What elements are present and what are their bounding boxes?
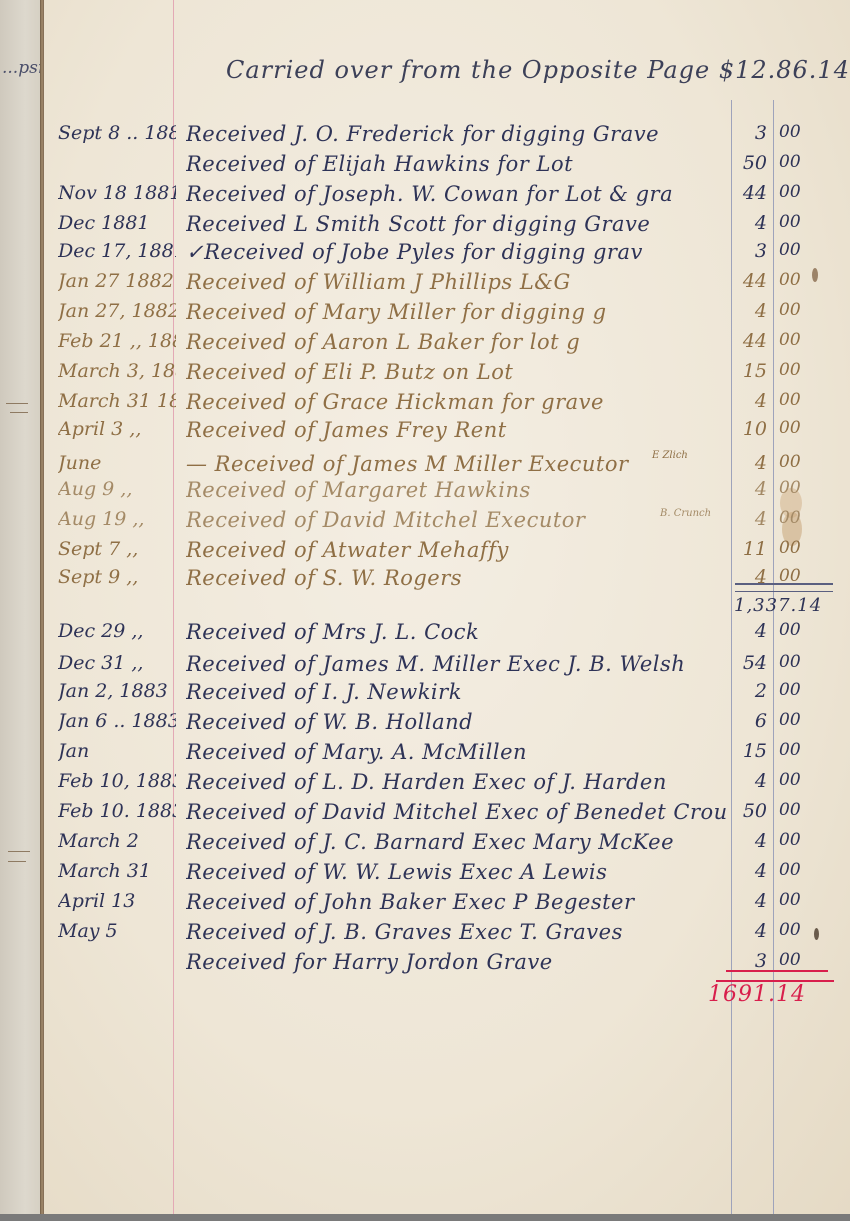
ledger-row: March 31 1882Received of Grace Hickman f… bbox=[0, 390, 850, 420]
entry-description: Received of David Mitchel Exec of Benede… bbox=[186, 800, 728, 824]
ledger-row: Dec 31 ,,Received of James M. Miller Exe… bbox=[0, 652, 850, 682]
entry-date: Feb 21 ,, 1882 bbox=[58, 330, 176, 352]
entry-date: May 5 bbox=[58, 920, 176, 942]
entry-cents: 00 bbox=[779, 478, 811, 498]
entry-description: Received of W. B. Holland bbox=[186, 710, 728, 734]
entry-superscript-note: B. Crunch bbox=[660, 508, 711, 519]
entry-dollars: 4 bbox=[733, 830, 767, 852]
ledger-row: Jan 27 1882Received of William J Phillip… bbox=[0, 270, 850, 300]
ledger-row: Sept 9 ,,Received of S. W. Rogers400 bbox=[0, 566, 850, 596]
entry-dollars: 4 bbox=[733, 478, 767, 500]
entry-cents: 00 bbox=[779, 418, 811, 438]
entry-cents: 00 bbox=[779, 152, 811, 172]
ledger-row: Aug 19 ,,Received of David Mitchel Execu… bbox=[0, 508, 850, 538]
entry-date: Feb 10. 1883 bbox=[58, 800, 176, 822]
entry-description: Received of John Baker Exec P Begester bbox=[186, 890, 728, 914]
ledger-row: Nov 18 1881Received of Joseph. W. Cowan … bbox=[0, 182, 850, 212]
entry-description: Received of Aaron L Baker for lot g bbox=[186, 330, 728, 354]
entry-cents: 00 bbox=[779, 452, 811, 472]
ledger-row: Aug 9 ,,Received of Margaret Hawkins400 bbox=[0, 478, 850, 508]
entry-date: Dec 17, 1881 bbox=[58, 240, 176, 262]
entry-dollars: 15 bbox=[733, 740, 767, 762]
subtotal-rule bbox=[735, 583, 833, 585]
entry-dollars: 3 bbox=[733, 122, 767, 144]
entry-dollars: 4 bbox=[733, 890, 767, 912]
ledger-row: May 5Received of J. B. Graves Exec T. Gr… bbox=[0, 920, 850, 950]
entry-date: March 31 bbox=[58, 860, 176, 882]
entry-description: Received of W. W. Lewis Exec A Lewis bbox=[186, 860, 728, 884]
entry-cents: 00 bbox=[779, 890, 811, 910]
entry-dollars: 15 bbox=[733, 360, 767, 382]
entry-dollars: 10 bbox=[733, 418, 767, 440]
entry-dollars: 44 bbox=[733, 182, 767, 204]
entry-date: March 2 bbox=[58, 830, 176, 852]
entry-date: Aug 19 ,, bbox=[58, 508, 176, 530]
ledger-row: April 13Received of John Baker Exec P Be… bbox=[0, 890, 850, 920]
entry-description: Received of Mary. A. McMillen bbox=[186, 740, 728, 764]
entry-date: March 31 1882 bbox=[58, 390, 176, 412]
entry-cents: 00 bbox=[779, 330, 811, 350]
entry-dollars: 4 bbox=[733, 770, 767, 792]
entry-dollars: 2 bbox=[733, 680, 767, 702]
entry-description: ✓Received of Jobe Pyles for digging grav bbox=[186, 240, 728, 264]
entry-description: Received of Grace Hickman for grave bbox=[186, 390, 728, 414]
entry-description: Received for Harry Jordon Grave bbox=[186, 950, 728, 974]
entry-dollars: 4 bbox=[733, 620, 767, 642]
entry-dollars: 3 bbox=[733, 950, 767, 972]
grand-total-amount: 1691.14 bbox=[708, 982, 806, 1007]
entry-date: June bbox=[58, 452, 176, 474]
entry-cents: 00 bbox=[779, 300, 811, 320]
entry-cents: 00 bbox=[779, 652, 811, 672]
entry-cents: 00 bbox=[779, 860, 811, 880]
entry-description: Received J. O. Frederick for digging Gra… bbox=[186, 122, 728, 146]
entry-date: Dec 31 ,, bbox=[58, 652, 176, 674]
entry-cents: 00 bbox=[779, 830, 811, 850]
subtotal-amount: 1,337.14 bbox=[734, 595, 822, 616]
entry-date: April 3 ,, bbox=[58, 418, 176, 440]
entry-description: Received L Smith Scott for digging Grave bbox=[186, 212, 728, 236]
entry-cents: 00 bbox=[779, 620, 811, 640]
entry-dollars: 4 bbox=[733, 860, 767, 882]
entry-date: Sept 8 .. 1881 bbox=[58, 122, 176, 144]
entry-cents: 00 bbox=[779, 920, 811, 940]
entry-cents: 00 bbox=[779, 182, 811, 202]
ledger-row: March 31Received of W. W. Lewis Exec A L… bbox=[0, 860, 850, 890]
page-bottom-edge bbox=[0, 1214, 850, 1221]
entry-date: Dec 1881 bbox=[58, 212, 176, 234]
entry-dollars: 44 bbox=[733, 330, 767, 352]
entry-dollars: 4 bbox=[733, 508, 767, 530]
entry-dollars: 44 bbox=[733, 270, 767, 292]
ledger-row: Feb 21 ,, 1882Received of Aaron L Baker … bbox=[0, 330, 850, 360]
entry-dollars: 4 bbox=[733, 452, 767, 474]
entry-description: Received of Elijah Hawkins for Lot bbox=[186, 152, 728, 176]
entry-cents: 00 bbox=[779, 360, 811, 380]
entry-date: Jan 27 1882 bbox=[58, 270, 176, 292]
entry-description: Received of James M. Miller Exec J. B. W… bbox=[186, 652, 728, 676]
ledger-row: Jan 2, 1883Received of I. J. Newkirk200 bbox=[0, 680, 850, 710]
entry-cents: 00 bbox=[779, 212, 811, 232]
entry-cents: 00 bbox=[779, 390, 811, 410]
entry-date: Nov 18 1881 bbox=[58, 182, 176, 204]
ledger-row: Received of Elijah Hawkins for Lot5000 bbox=[0, 152, 850, 182]
ledger-row: April 3 ,,Received of James Frey Rent100… bbox=[0, 418, 850, 448]
entry-date: Dec 29 ,, bbox=[58, 620, 176, 642]
entry-cents: 00 bbox=[779, 950, 811, 970]
entry-dollars: 50 bbox=[733, 152, 767, 174]
subtotal-rule bbox=[735, 591, 833, 592]
ledger-row: March 3, 1882Received of Eli P. Butz on … bbox=[0, 360, 850, 390]
entry-dollars: 4 bbox=[733, 920, 767, 942]
entry-cents: 00 bbox=[779, 680, 811, 700]
entry-cents: 00 bbox=[779, 538, 811, 558]
entry-date: March 3, 1882 bbox=[58, 360, 176, 382]
entry-date: Jan bbox=[58, 740, 176, 762]
ledger-row: Dec 17, 1881✓Received of Jobe Pyles for … bbox=[0, 240, 850, 270]
entry-description: Received of Eli P. Butz on Lot bbox=[186, 360, 728, 384]
entry-cents: 00 bbox=[779, 770, 811, 790]
entry-dollars: 4 bbox=[733, 390, 767, 412]
entry-description: Received of Atwater Mehaffy bbox=[186, 538, 728, 562]
ledger-row: Feb 10. 1883Received of David Mitchel Ex… bbox=[0, 800, 850, 830]
ledger-row: Dec 29 ,,Received of Mrs J. L. Cock400 bbox=[0, 620, 850, 650]
entry-description: — Received of James M Miller Executor bbox=[186, 452, 728, 476]
entry-cents: 00 bbox=[779, 710, 811, 730]
entry-description: Received of David Mitchel Executor bbox=[186, 508, 728, 532]
entry-description: Received of S. W. Rogers bbox=[186, 566, 728, 590]
ledger-row: Sept 8 .. 1881Received J. O. Frederick f… bbox=[0, 122, 850, 152]
entry-cents: 00 bbox=[779, 122, 811, 142]
entry-date: April 13 bbox=[58, 890, 176, 912]
entry-description: Received of Mary Miller for digging g bbox=[186, 300, 728, 324]
entry-date: Jan 27, 1882 bbox=[58, 300, 176, 322]
entry-date: Sept 9 ,, bbox=[58, 566, 176, 588]
ledger-row: Sept 7 ,,Received of Atwater Mehaffy1100 bbox=[0, 538, 850, 568]
ledger-row: JanReceived of Mary. A. McMillen1500 bbox=[0, 740, 850, 770]
entry-cents: 00 bbox=[779, 740, 811, 760]
entry-description: Received of Joseph. W. Cowan for Lot & g… bbox=[186, 182, 728, 206]
entry-description: Received of J. B. Graves Exec T. Graves bbox=[186, 920, 728, 944]
entry-dollars: 4 bbox=[733, 212, 767, 234]
ledger-row: Jan 6 .. 1883Received of W. B. Holland60… bbox=[0, 710, 850, 740]
entry-dollars: 6 bbox=[733, 710, 767, 732]
entry-dollars: 4 bbox=[733, 300, 767, 322]
carried-over-header: Carried over from the Opposite Page $12.… bbox=[226, 56, 850, 84]
entry-date: Aug 9 ,, bbox=[58, 478, 176, 500]
entry-description: Received of J. C. Barnard Exec Mary McKe… bbox=[186, 830, 728, 854]
entry-description: Received of Margaret Hawkins bbox=[186, 478, 728, 502]
entry-date: Feb 10, 1883 bbox=[58, 770, 176, 792]
entry-cents: 00 bbox=[779, 240, 811, 260]
entry-date: Sept 7 ,, bbox=[58, 538, 176, 560]
entry-dollars: 50 bbox=[733, 800, 767, 822]
entry-dollars: 11 bbox=[733, 538, 767, 560]
entry-description: Received of I. J. Newkirk bbox=[186, 680, 728, 704]
entry-date: Jan 6 .. 1883 bbox=[58, 710, 176, 732]
entry-superscript-note: E Zlich bbox=[652, 450, 688, 461]
entry-date: Jan 2, 1883 bbox=[58, 680, 176, 702]
ledger-row: March 2Received of J. C. Barnard Exec Ma… bbox=[0, 830, 850, 860]
entry-cents: 00 bbox=[779, 508, 811, 528]
ledger-row: Jan 27, 1882Received of Mary Miller for … bbox=[0, 300, 850, 330]
total-rule bbox=[726, 970, 828, 972]
ledger-row: Dec 1881Received L Smith Scott for diggi… bbox=[0, 212, 850, 242]
entry-dollars: 54 bbox=[733, 652, 767, 674]
entry-description: Received of L. D. Harden Exec of J. Hard… bbox=[186, 770, 728, 794]
ledger-row: Feb 10, 1883Received of L. D. Harden Exe… bbox=[0, 770, 850, 800]
entry-description: Received of James Frey Rent bbox=[186, 418, 728, 442]
entry-cents: 00 bbox=[779, 800, 811, 820]
entry-dollars: 3 bbox=[733, 240, 767, 262]
entry-cents: 00 bbox=[779, 270, 811, 290]
entry-description: Received of William J Phillips L&G bbox=[186, 270, 728, 294]
entry-description: Received of Mrs J. L. Cock bbox=[186, 620, 728, 644]
ledger-row: Received for Harry Jordon Grave300 bbox=[0, 950, 850, 980]
